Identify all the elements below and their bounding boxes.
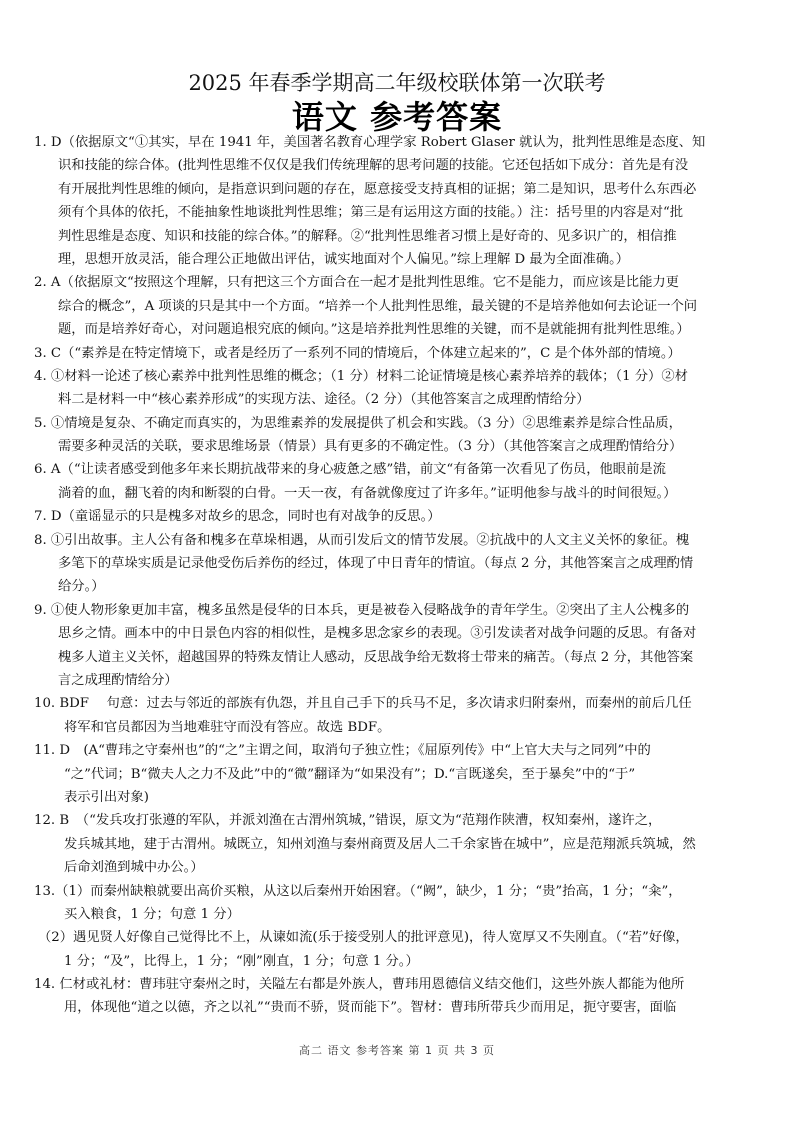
answer-line: 多笔下的草垛实质是记录他受伤后养伤的经过，体现了中日青年的情谊。（每点 2 分，… <box>34 552 768 575</box>
answer-item-12: 12. B （“发兵攻打张遵的军队，并派刘渔在古渭州筑城，”错误，原文为“范翔作… <box>34 809 768 879</box>
answer-line: 12. B （“发兵攻打张遵的军队，并派刘渔在古渭州筑城，”错误，原文为“范翔作… <box>34 809 768 832</box>
answer-item-6: 6. A（“让读者感受到他多年来长期抗战带来的身心疲惫之感”错，前文“有备第一次… <box>34 458 768 505</box>
answer-item-3: 3. C（“素养是在特定情境下，或者是经历了一系列不同的情境后，个体建立起来的”… <box>34 342 768 365</box>
answer-line: 综合的概念”，A 项谈的只是其中一个方面。“培养一个人批判性思维，最关键的不是培… <box>34 295 768 318</box>
answer-line: “之”代词；B“微夫人之力不及此”中的“微”翻译为“如果没有”；D.“言既遂矣，… <box>34 763 768 786</box>
answer-line: 需要多种灵活的关联，要求思维场景（情景）具有更多的不确定性。（3 分）（其他答案… <box>34 435 768 458</box>
answer-item-2: 2. A（依据原文“按照这个理解，只有把这三个方面合在一起才是批判性思维。它不是… <box>34 271 768 341</box>
page-footer: 高二 语文 参考答案 第 1 页 共 3 页 <box>0 1042 794 1058</box>
answer-line: 言之成理酌情给分） <box>34 669 768 692</box>
answer-item-10: 10. BDF 句意：过去与邻近的部族有仇怨，并且自己手下的兵马不足，多次请求归… <box>34 692 768 739</box>
answer-line: 表示引出对象) <box>34 786 768 809</box>
answer-item-8: 8. ①引出故事。主人公有备和槐多在草垛相遇，从而引发后文的情节发展。②抗战中的… <box>34 529 768 599</box>
answer-line: 给分。） <box>34 575 768 598</box>
answer-line: 买入粮食，1 分；句意 1 分） <box>34 903 768 926</box>
answer-item-11: 11. D (A“曹玮之守秦州也”的“之”主谓之间，取消句子独立性；《屈原列传》… <box>34 739 768 809</box>
answer-line: 7. D（童谣显示的只是槐多对故乡的思念，同时也有对战争的反思。） <box>34 505 768 528</box>
answer-line: 发兵城其地，建于古渭州。城既立，知州刘渔与秦州商贾及居人二千余家皆在城中”，应是… <box>34 833 768 856</box>
answer-item-1: 1. D（依据原文“①其实，早在 1941 年，美国著名教育心理学家 Rober… <box>34 131 768 271</box>
answer-line: 须有个具体的依托，不能抽象性地谈批判性思维；第三是有运用这方面的技能。）注：括号… <box>34 201 768 224</box>
answer-line: 用，体现他“道之以德，齐之以礼”“贵而不骄，贤而能下”。智材：曹玮所带兵少而用足… <box>34 996 768 1019</box>
answer-line: 10. BDF 句意：过去与邻近的部族有仇怨，并且自己手下的兵马不足，多次请求归… <box>34 692 768 715</box>
answer-item-14: 14. 仁材或礼材：曹玮驻守秦州之时，关隘左右都是外族人，曹玮用恩德信义结交他们… <box>34 973 768 1020</box>
answer-item-9: 9. ①使人物形象更加丰富，槐多虽然是侵华的日本兵，更是被卷入侵略战争的青年学生… <box>34 599 768 693</box>
answer-line: 后命刘渔到城中办公。） <box>34 856 768 879</box>
answer-item-4: 4. ①材料一论述了核心素养中批判性思维的概念；（1 分）材料二论证情境是核心素… <box>34 365 768 412</box>
answer-line: 3. C（“素养是在特定情境下，或者是经历了一系列不同的情境后，个体建立起来的”… <box>34 342 768 365</box>
answer-item-5: 5. ①情境是复杂、不确定而真实的，为思维素养的发展提供了机会和实践。（3 分）… <box>34 412 768 459</box>
answer-line: 11. D (A“曹玮之守秦州也”的“之”主谓之间，取消句子独立性；《屈原列传》… <box>34 739 768 762</box>
answer-line: 14. 仁材或礼材：曹玮驻守秦州之时，关隘左右都是外族人，曹玮用恩德信义结交他们… <box>34 973 768 996</box>
answer-line: 13.（1）而秦州缺粮就要出高价买粮，从这以后秦州开始困窘。（“阙”，缺少，1 … <box>34 880 768 903</box>
answer-line: 有开展批判性思维的倾向，是指意识到问题的存在，愿意接受支持真相的证据；第二是知识… <box>34 178 768 201</box>
answer-line: 题，而是培养好奇心，对问题追根究底的倾向。”这是培养批判性思维的关键，而不是就能… <box>34 318 768 341</box>
answer-line: 识和技能的综合体。(批判性思维不仅仅是我们传统理解的思考问题的技能。它还包括如下… <box>34 154 768 177</box>
answer-line: 6. A（“让读者感受到他多年来长期抗战带来的身心疲惫之感”错，前文“有备第一次… <box>34 458 768 481</box>
answer-line: 淌着的血，翻飞着的肉和断裂的白骨。一天一夜，有备就像度过了许多年。”证明他参与战… <box>34 482 768 505</box>
answer-line: 4. ①材料一论述了核心素养中批判性思维的概念；（1 分）材料二论证情境是核心素… <box>34 365 768 388</box>
answer-line: 5. ①情境是复杂、不确定而真实的，为思维素养的发展提供了机会和实践。（3 分）… <box>34 412 768 435</box>
answer-item-7: 7. D（童谣显示的只是槐多对故乡的思念，同时也有对战争的反思。） <box>34 505 768 528</box>
answer-line: 1. D（依据原文“①其实，早在 1941 年，美国著名教育心理学家 Rober… <box>34 131 768 154</box>
answer-line: 1 分；“及”，比得上，1 分；“刚”刚直，1 分；句意 1 分。） <box>34 950 768 973</box>
answer-line: （2）遇见贤人好像自己觉得比不上，从谏如流(乐于接受别人的批评意见)，待人宽厚又… <box>34 926 768 949</box>
answer-line: 8. ①引出故事。主人公有备和槐多在草垛相遇，从而引发后文的情节发展。②抗战中的… <box>34 529 768 552</box>
answer-line: 将军和官员都因为当地难驻守而没有答应。故选 BDF。 <box>34 716 768 739</box>
answer-line: 槐多人道主义关怀，超越国界的特殊友情让人感动，反思战争给无数将士带来的痛苦。（每… <box>34 646 768 669</box>
answer-line: 判性思维是态度、知识和技能的综合体。”的解释。②“批判性思维者习惯上是好奇的、见… <box>34 225 768 248</box>
answer-line: 理，思想开放灵活，能合理公正地做出评估，诚实地面对个人偏见。”综上理解 D 最为… <box>34 248 768 271</box>
answer-line: 料二是材料一中“核心素养形成”的实现方法、途径。（2 分）（其他答案言之成理酌情… <box>34 388 768 411</box>
answer-line: 9. ①使人物形象更加丰富，槐多虽然是侵华的日本兵，更是被卷入侵略战争的青年学生… <box>34 599 768 622</box>
answer-line: 思乡之情。画本中的中日景色内容的相似性，是槐多思念家乡的表现。③引发读者对战争问… <box>34 622 768 645</box>
answer-item-13: 13.（1）而秦州缺粮就要出高价买粮，从这以后秦州开始困窘。（“阙”，缺少，1 … <box>34 880 768 974</box>
answer-list: 1. D（依据原文“①其实，早在 1941 年，美国著名教育心理学家 Rober… <box>34 131 768 1020</box>
answer-line: 2. A（依据原文“按照这个理解，只有把这三个方面合在一起才是批判性思维。它不是… <box>34 271 768 294</box>
